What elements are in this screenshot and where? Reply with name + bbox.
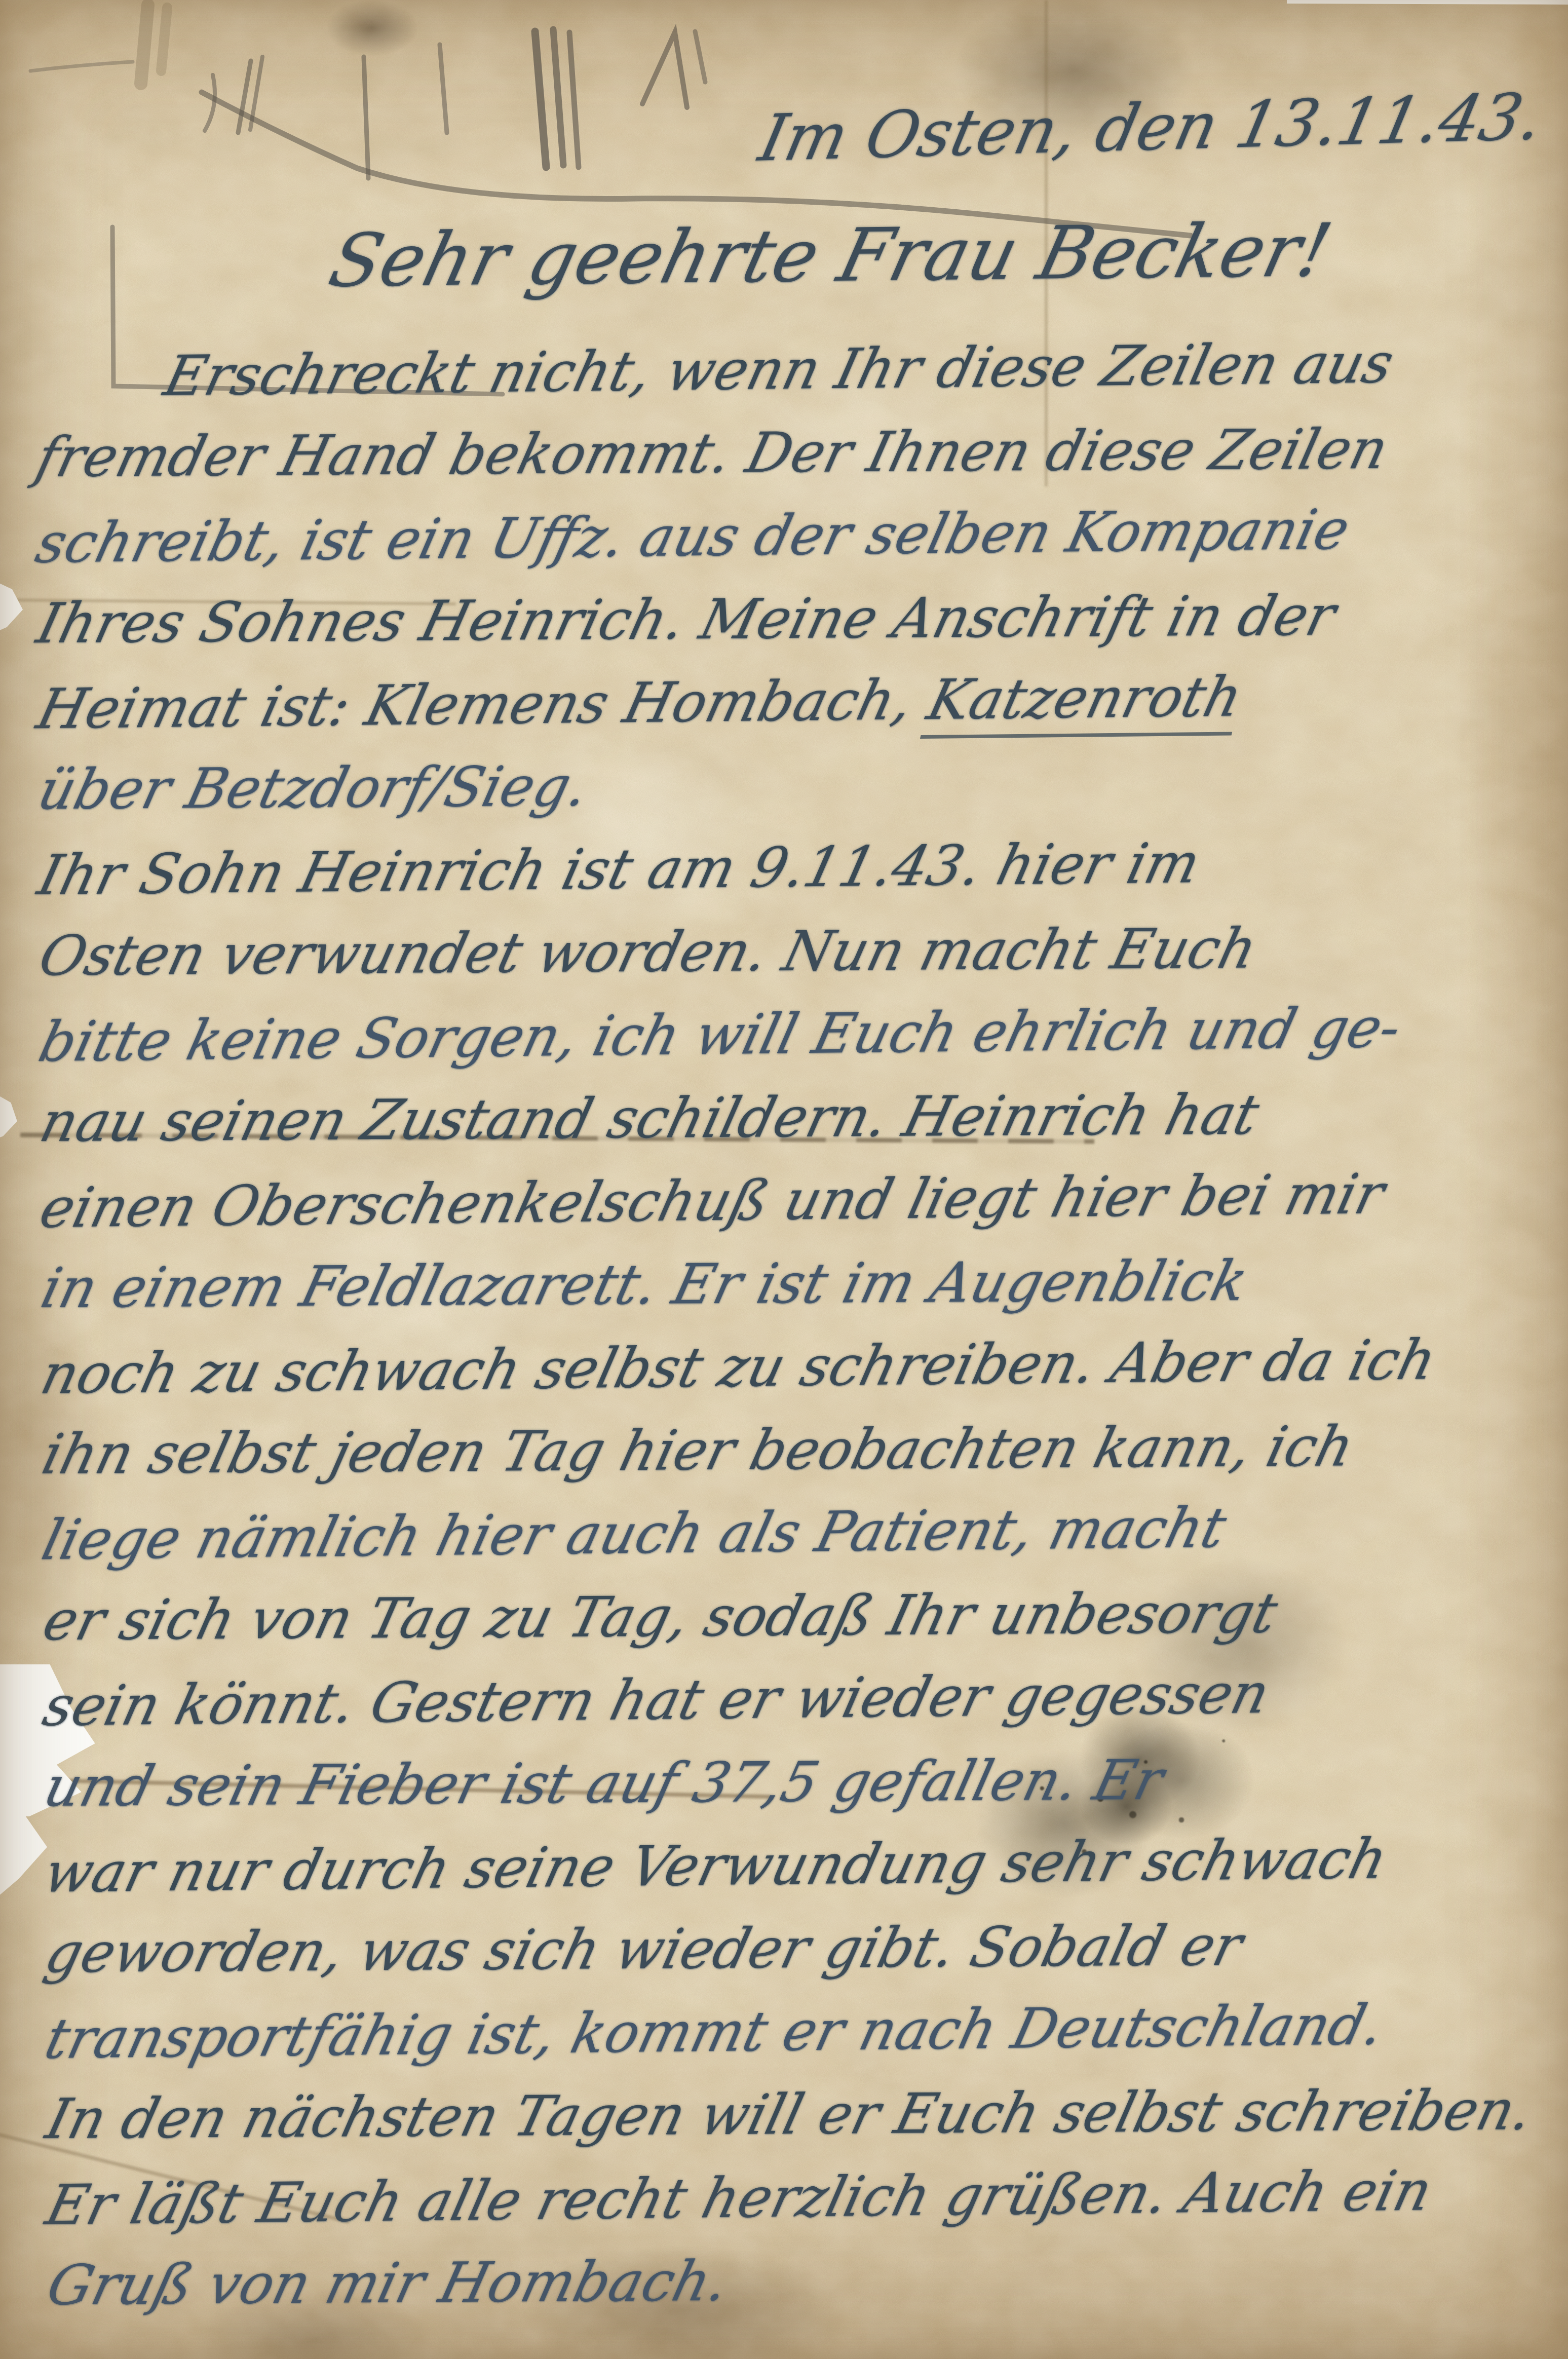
edge-vignette <box>0 0 1568 2359</box>
letter-scan: Im Osten, den 13.11.43. Sehr geehrte Fra… <box>0 0 1568 2359</box>
